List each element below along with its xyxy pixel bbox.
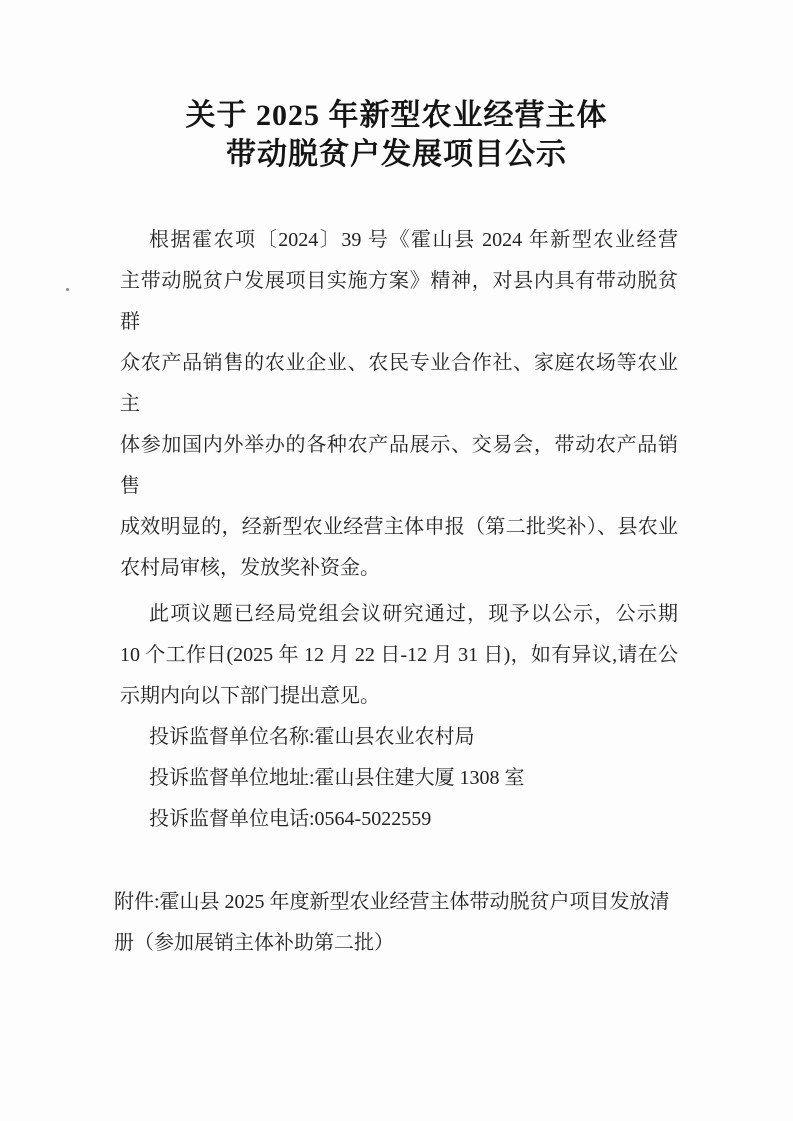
notice-title-line-2: 带动脱贫户发展项目公示 [0,135,793,174]
body-line: 此项议题已经局党组会议研究通过，现予以公示，公示期 [120,594,678,635]
notice-title-line-1: 关于 2025 年新型农业经营主体 [0,96,793,135]
attachment-note: 附件:霍山县 2025 年度新型农业经营主体带动脱贫户项目发放清 册（参加展销主… [114,882,678,964]
body-line: 主带动脱贫户发展项目实施方案》精神，对县内具有带动脱贫群 [120,261,678,343]
scanned-notice-page: 关于 2025 年新型农业经营主体 带动脱贫户发展项目公示 根据霍农项〔2024… [0,0,793,1121]
attachment-line: 册（参加展销主体补助第二批） [114,923,678,964]
body-line: 成效明显的，经新型农业经营主体申报（第二批奖补）、县农业 [120,507,678,548]
attachment-line: 附件:霍山县 2025 年度新型农业经营主体带动脱贫户项目发放清 [114,882,678,923]
notice-title: 关于 2025 年新型农业经营主体 带动脱贫户发展项目公示 [0,0,793,174]
body-line: 示期内向以下部门提出意见。 [120,676,678,717]
body-line: 众农产品销售的农业企业、农民专业合作社、家庭农场等农业主 [120,343,678,425]
paragraph-publicity-period: 此项议题已经局党组会议研究通过，现予以公示，公示期 10 个工作日(2025 年… [120,594,678,717]
contact-phone-line: 投诉监督单位电话:0564-5022559 [120,799,678,840]
contact-name-line: 投诉监督单位名称:霍山县农业农村局 [120,717,678,758]
body-line: 根据霍农项〔2024〕39 号《霍山县 2024 年新型农业经营 [120,220,678,261]
body-line: 体参加国内外举办的各种农产品展示、交易会，带动农产品销售 [120,425,678,507]
paragraph-basis: 根据霍农项〔2024〕39 号《霍山县 2024 年新型农业经营 主带动脱贫户发… [120,220,678,589]
contact-address-line: 投诉监督单位地址:霍山县住建大厦 1308 室 [120,758,678,799]
body-line: 农村局审核，发放奖补资金。 [120,548,678,589]
scan-speck [66,288,69,291]
body-line: 10 个工作日(2025 年 12 月 22 日-12 月 31 日)，如有异议… [120,635,678,676]
supervision-contact-block: 投诉监督单位名称:霍山县农业农村局 投诉监督单位地址:霍山县住建大厦 1308 … [120,717,678,840]
notice-body: 根据霍农项〔2024〕39 号《霍山县 2024 年新型农业经营 主带动脱贫户发… [120,220,678,964]
